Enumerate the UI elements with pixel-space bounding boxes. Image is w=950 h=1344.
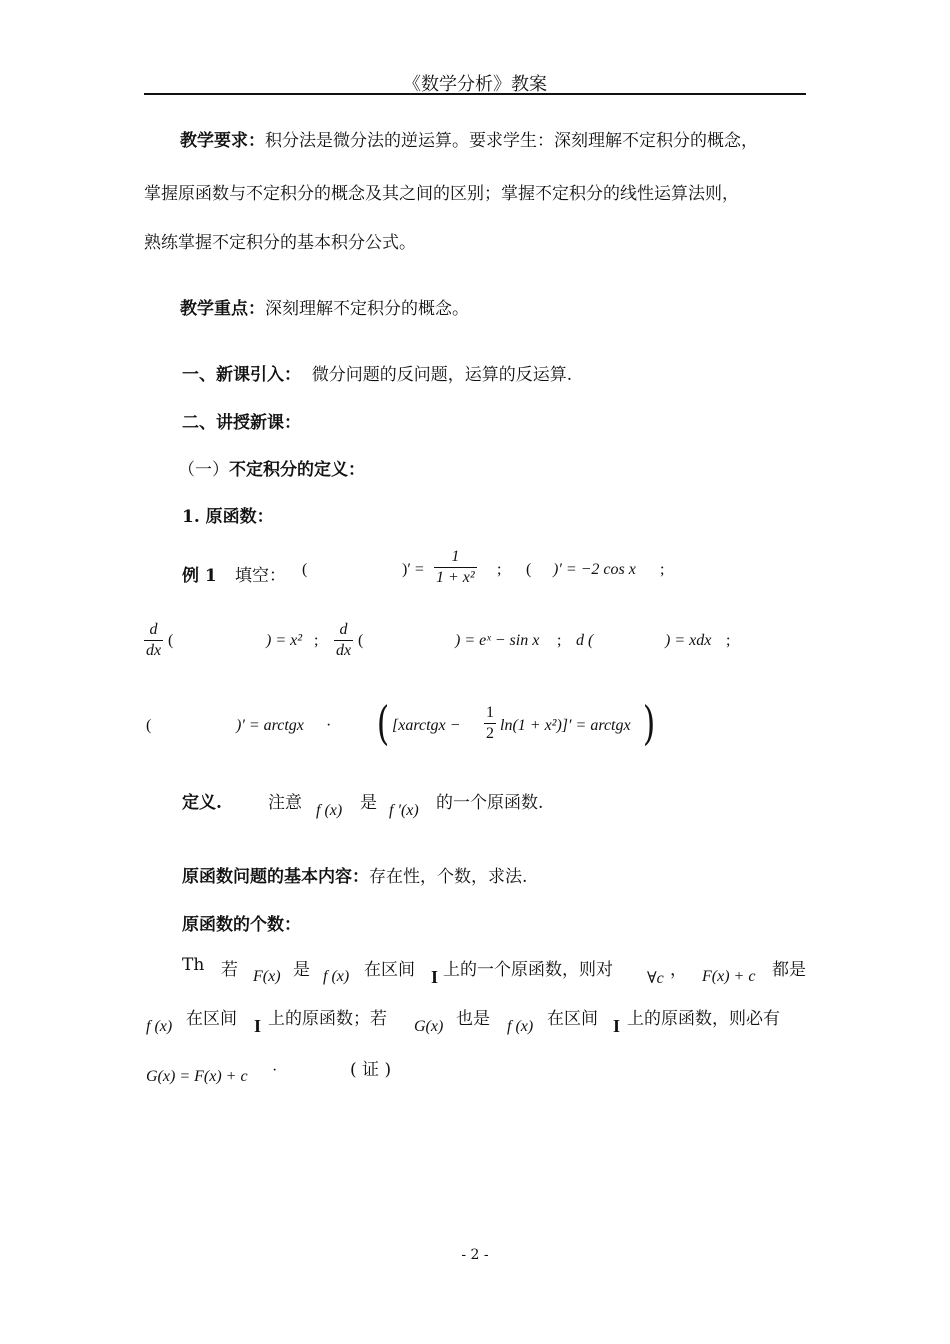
theorem-ruo: 若 xyxy=(221,955,238,980)
eq1-separator: ; xyxy=(497,561,501,579)
theorem-also: 也是 xyxy=(456,1004,490,1029)
definition-note: 注意 xyxy=(268,788,302,813)
definition-tail: 的一个原函数. xyxy=(436,788,543,813)
eq1-fraction: 11 + x² xyxy=(434,547,477,588)
eq1-close: )′ = xyxy=(402,561,424,579)
basic-content-text: 存在性，个数，求法. xyxy=(369,867,527,887)
theorem-Fxc: F(x) + c xyxy=(702,968,755,986)
definition-label: 定义. xyxy=(182,788,222,813)
section-1-label: 一、新课引入： xyxy=(182,365,301,385)
eq6-open-paren: ( xyxy=(146,717,151,735)
eq3-close: ) = x² xyxy=(266,632,302,650)
theorem-l2-must: 上的原函数，则必有 xyxy=(627,1004,780,1029)
theorem-proof-note: ( 证 ) xyxy=(350,1055,391,1080)
eq5-open: d ( xyxy=(576,632,593,650)
requirements-text-1: 积分法是微分法的逆运算。要求学生：深刻理解不定积分的概念， xyxy=(265,131,758,151)
eq6-dot: · xyxy=(326,717,331,735)
theorem-l2-interval: 在区间 xyxy=(186,1004,237,1029)
eq1-denominator: 1 + x² xyxy=(434,568,477,588)
hint-left-paren: ( xyxy=(377,696,390,750)
basic-content-label: 原函数问题的基本内容： xyxy=(182,867,369,887)
theorem-conclusion-dot: · xyxy=(272,1062,277,1080)
hint-right-paren-wrap: ) xyxy=(640,696,658,756)
subsection-label: 不定积分的定义： xyxy=(229,460,365,480)
item-1-label: 1. 原函数： xyxy=(182,502,274,527)
definition-is: 是 xyxy=(360,788,377,813)
hint-right-paren: ) xyxy=(643,696,656,750)
theorem-all-are: 都是 xyxy=(772,955,806,980)
eq3-open-paren: ( xyxy=(168,632,173,650)
eq5-end: ; xyxy=(726,632,730,650)
theorem-forall-c: ∀c xyxy=(647,968,664,988)
theorem-is: 是 xyxy=(293,955,310,980)
example-1-label: 例 1 xyxy=(182,561,217,586)
theorem-l2-I: I xyxy=(254,1016,261,1037)
theorem-l2-I2: I xyxy=(613,1016,620,1037)
definition-fpx: f ′(x) xyxy=(389,802,419,820)
theorem-interval: 在区间 xyxy=(364,955,415,980)
definition-fx: f (x) xyxy=(316,802,342,820)
requirements-line-1: 教学要求：积分法是微分法的逆运算。要求学生：深刻理解不定积分的概念， xyxy=(180,126,758,151)
eq4-separator: ; xyxy=(557,632,561,650)
theorem-l2-fx: f (x) xyxy=(146,1018,172,1036)
eq1-open-paren: ( xyxy=(302,561,307,579)
hint-fraction: 12 xyxy=(484,703,496,744)
eq5-close: ) = xdx xyxy=(665,632,711,650)
eq1-numerator: 1 xyxy=(434,547,477,568)
theorem-I: I xyxy=(431,967,438,988)
theorem-conclusion: G(x) = F(x) + c xyxy=(146,1068,248,1086)
requirements-line-3: 熟练掌握不定积分的基本积分公式。 xyxy=(144,228,416,253)
eq4-open-paren: ( xyxy=(358,632,363,650)
ddx-1: ddx xyxy=(144,620,163,661)
eq6-close: )′ = arctgx xyxy=(236,717,304,735)
theorem-Fx: F(x) xyxy=(253,968,281,986)
hint-right: ln(1 + x²)]′ = arctgx xyxy=(500,717,631,735)
subsection-prefix: （一） xyxy=(178,460,229,480)
header-divider xyxy=(144,93,806,95)
theorem-th: Th xyxy=(182,955,204,975)
theorem-comma: ， xyxy=(670,955,687,980)
count-label: 原函数的个数： xyxy=(182,910,301,935)
theorem-Gx: G(x) xyxy=(414,1018,443,1036)
section-1: 一、新课引入： 微分问题的反问题，运算的反运算. xyxy=(182,360,572,385)
eq2-end: ; xyxy=(660,561,664,579)
theorem-fx: f (x) xyxy=(323,968,349,986)
key-point-label: 教学重点： xyxy=(180,299,265,319)
key-point: 教学重点：深刻理解不定积分的概念。 xyxy=(180,294,469,319)
requirements-line-2: 掌握原函数与不定积分的概念及其之间的区别；掌握不定积分的线性运算法则， xyxy=(144,179,739,204)
ddx-2: ddx xyxy=(334,620,353,661)
section-2-label: 二、讲授新课： xyxy=(182,408,301,433)
basic-content: 原函数问题的基本内容：存在性，个数，求法. xyxy=(182,862,527,887)
example-1-prompt: 填空： xyxy=(235,561,286,586)
eq2-close: )′ = −2 cos x xyxy=(553,561,636,579)
section-1-text: 微分问题的反问题，运算的反运算. xyxy=(312,365,572,385)
theorem-l2-fx2: f (x) xyxy=(507,1018,533,1036)
theorem-one-prim: 上的一个原函数，则对 xyxy=(443,955,613,980)
requirements-label: 教学要求： xyxy=(180,131,265,151)
eq4-close: ) = eˣ − sin x xyxy=(455,632,539,650)
hint-left: [xarctgx − xyxy=(392,717,460,735)
key-point-text: 深刻理解不定积分的概念。 xyxy=(265,299,469,319)
theorem-l2-interval2: 在区间 xyxy=(547,1004,598,1029)
theorem-l2-prim: 上的原函数；若 xyxy=(268,1004,387,1029)
eq2-open-paren: ( xyxy=(526,561,531,579)
subsection-1: （一）不定积分的定义： xyxy=(178,455,365,480)
eq3-separator: ; xyxy=(314,632,318,650)
hint-block: ( xyxy=(374,696,392,756)
page-number: - 2 - xyxy=(0,1247,950,1263)
